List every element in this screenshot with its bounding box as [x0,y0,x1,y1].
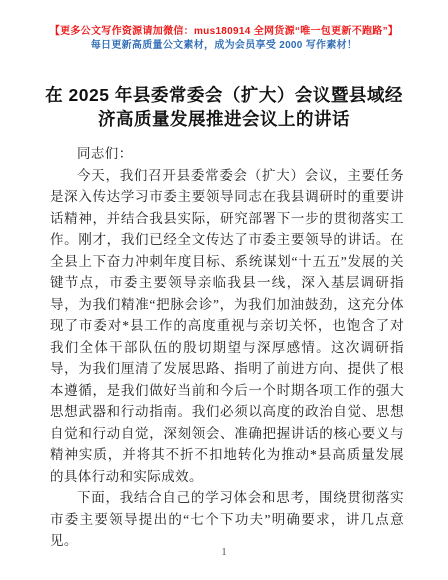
body-paragraph: 下面，我结合自己的学习体会和思考，围绕贯彻落实市委主要领导提出的“七个下功夫”明… [50,487,404,552]
promo-line-blue: 每日更新高质量公文素材，成为会员享受 2000 写作素材！ [0,39,448,53]
page-number: 1 [0,546,448,558]
document-body: 同志们： 今天，我们召开县委常委会（扩大）会议，主要任务是深入传达学习市委主要领… [50,143,404,552]
salutation: 同志们： [50,143,404,165]
document-title: 在 2025 年县委常委会（扩大）会议暨县域经济高质量发展推进会议上的讲话 [44,83,404,131]
promo-header: 【更多公文写作资源请加微信：mus180914 全网货源“唯一包更新不跑路”】 … [0,0,448,53]
document-page: 【更多公文写作资源请加微信：mus180914 全网货源“唯一包更新不跑路”】 … [0,0,448,580]
promo-line-red: 【更多公文写作资源请加微信：mus180914 全网货源“唯一包更新不跑路”】 [0,25,448,39]
body-paragraph: 今天，我们召开县委常委会（扩大）会议，主要任务是深入传达学习市委主要领导同志在我… [50,165,404,488]
